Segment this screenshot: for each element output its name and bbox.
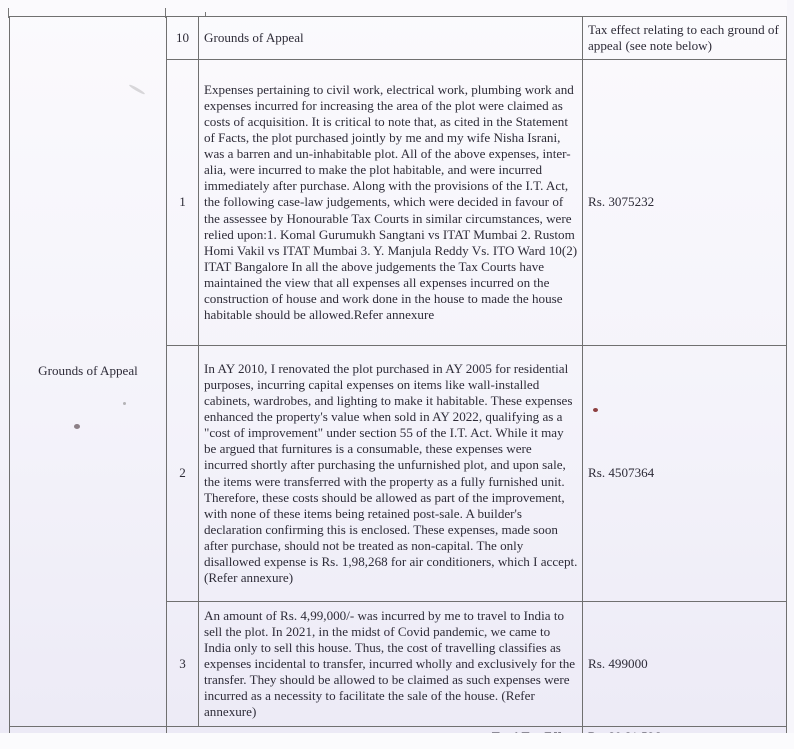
row-tax-effect: Rs. 4507364	[583, 346, 787, 602]
ink-smudge	[74, 424, 80, 429]
row-ground-text: Expenses pertaining to civil work, elect…	[199, 60, 583, 346]
row-number: 2	[167, 346, 199, 602]
header-tax-effect: Tax effect relating to each ground of ap…	[583, 17, 787, 60]
row-number: 3	[167, 602, 199, 727]
row-ground-text: In AY 2010, I renovated the plot purchas…	[199, 346, 583, 602]
header-number: 10	[167, 17, 199, 60]
row-tax-effect: Rs. 3075232	[583, 60, 787, 346]
header-title: Grounds of Appeal	[199, 17, 583, 60]
row-tax-effect: Rs. 499000	[583, 602, 787, 727]
table-header-row: Grounds of Appeal 10 Grounds of Appeal T…	[10, 17, 787, 60]
page-edge-bottom	[0, 733, 794, 749]
side-label-cell: Grounds of Appeal	[10, 17, 167, 727]
side-label: Grounds of Appeal	[38, 363, 138, 378]
ink-smudge	[593, 408, 598, 412]
grounds-of-appeal-table: Grounds of Appeal 10 Grounds of Appeal T…	[9, 16, 787, 749]
row-ground-text: An amount of Rs. 4,99,000/- was incurred…	[199, 602, 583, 727]
page-edge-right	[787, 0, 794, 749]
row-number: 1	[167, 60, 199, 346]
scanned-page: Grounds of Appeal 10 Grounds of Appeal T…	[0, 0, 794, 749]
ink-smudge	[123, 402, 126, 405]
